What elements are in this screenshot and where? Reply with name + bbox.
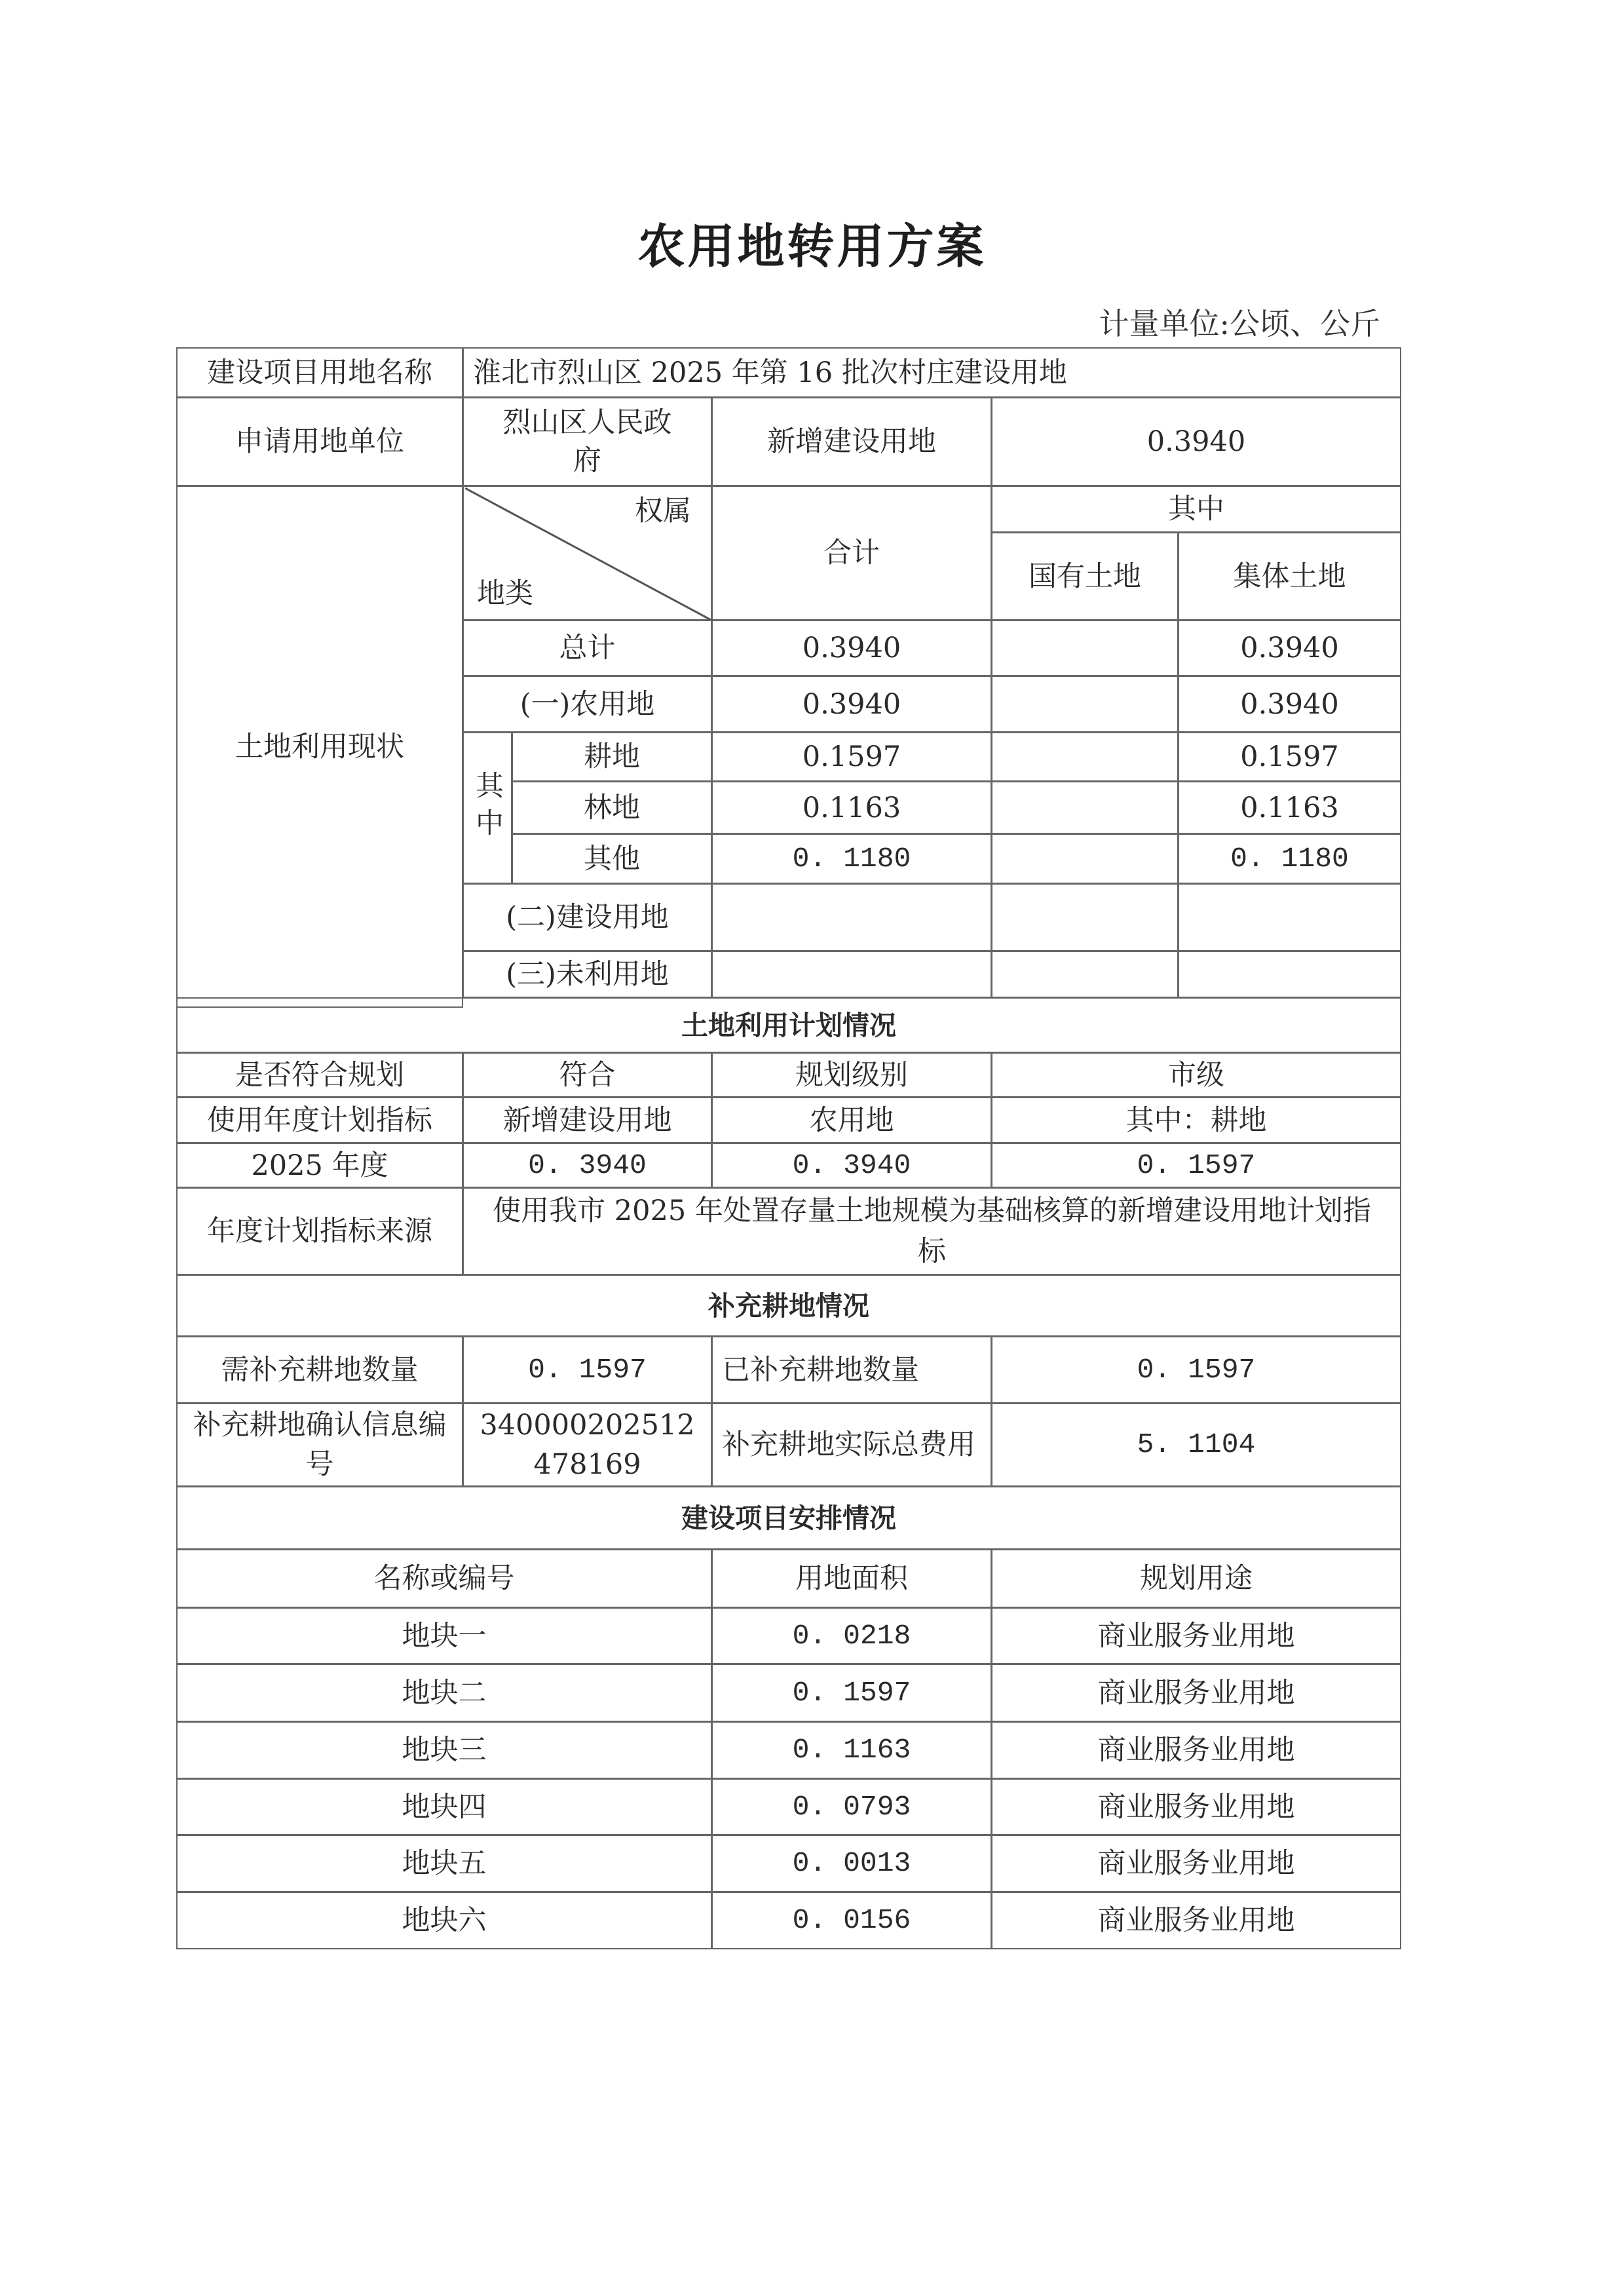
parcel-name: 地块四	[176, 1778, 712, 1835]
parcel-area: 0. 0013	[711, 1835, 992, 1892]
total-collective: 0.3940	[1178, 620, 1401, 676]
cultivated-collective: 0.1597	[1178, 732, 1401, 782]
construction-collective	[1178, 883, 1401, 951]
forest-state	[991, 781, 1179, 834]
parcel-use: 商业服务业用地	[991, 1835, 1401, 1892]
row-label-other: 其他	[512, 833, 712, 884]
parcel-use: 商业服务业用地	[991, 1664, 1401, 1722]
total-col-header: 合计	[711, 486, 992, 621]
cultivated-state	[991, 732, 1179, 782]
new-construction-label: 新增建设用地	[711, 397, 992, 486]
indicator-col-cultivated: 其中：耕地	[991, 1097, 1401, 1143]
total-sum: 0.3940	[711, 620, 992, 676]
other-state	[991, 833, 1179, 884]
done-label: 已补充耕地数量	[711, 1336, 992, 1404]
other-sum: 0. 1180	[711, 833, 992, 884]
row-label-agricultural: (一)农用地	[463, 676, 712, 733]
parcel-use: 商业服务业用地	[991, 1607, 1401, 1664]
diag-top-label: 权属	[635, 491, 691, 531]
arrangement-header-area: 用地面积	[711, 1549, 992, 1608]
level-value: 市级	[991, 1052, 1401, 1098]
collective-header: 集体土地	[1178, 532, 1401, 621]
state-owned-header: 国有土地	[991, 532, 1179, 621]
arrangement-section-header: 建设项目安排情况	[176, 1486, 1401, 1550]
sub-of-which-text: 其中	[469, 771, 506, 845]
row-label-cultivated: 耕地	[512, 732, 712, 782]
arrangement-header-name: 名称或编号	[176, 1549, 712, 1608]
applicant-label: 申请用地单位	[176, 397, 463, 486]
supplement-section-header: 补充耕地情况	[176, 1274, 1401, 1337]
year-value-agricultural: 0. 3940	[711, 1143, 992, 1188]
confirm-id-value: 340000202512478169	[463, 1403, 712, 1487]
row-label-unused: (三)未利用地	[463, 951, 712, 998]
page-title: 农用地转用方案	[0, 208, 1624, 277]
required-label: 需补充耕地数量	[176, 1336, 463, 1404]
level-label: 规划级别	[711, 1052, 992, 1098]
indicator-col-new-construction: 新增建设用地	[463, 1097, 712, 1143]
land-status-label: 土地利用现状	[176, 486, 463, 1008]
parcel-use: 商业服务业用地	[991, 1892, 1401, 1949]
parcel-area: 0. 0156	[711, 1892, 992, 1949]
parcel-name: 地块五	[176, 1835, 712, 1892]
done-value: 0. 1597	[991, 1336, 1401, 1404]
applicant-value: 烈山区人民政府	[463, 397, 712, 486]
arrangement-header-use: 规划用途	[991, 1549, 1401, 1608]
unit-label: 计量单位:公顷、公斤	[1099, 300, 1381, 343]
project-name-value: 淮北市烈山区 2025 年第 16 批次村庄建设用地	[463, 347, 1401, 398]
diagonal-header-cell: 权属 地类	[463, 486, 712, 621]
row-label-forest: 林地	[512, 781, 712, 834]
unused-collective	[1178, 951, 1401, 998]
forest-sum: 0.1163	[711, 781, 992, 834]
row-label-total: 总计	[463, 620, 712, 676]
conform-value: 符合	[463, 1052, 712, 1098]
construction-state	[991, 883, 1179, 951]
indicator-col-agricultural: 农用地	[711, 1097, 992, 1143]
total-state	[991, 620, 1179, 676]
conform-label: 是否符合规划	[176, 1052, 463, 1098]
unused-state	[991, 951, 1179, 998]
year-value-cultivated: 0. 1597	[991, 1143, 1401, 1188]
parcel-name: 地块六	[176, 1892, 712, 1949]
parcel-area: 0. 0793	[711, 1778, 992, 1835]
agricultural-collective: 0.3940	[1178, 676, 1401, 733]
agricultural-state	[991, 676, 1179, 733]
parcel-name: 地块三	[176, 1721, 712, 1779]
parcel-name: 地块二	[176, 1664, 712, 1722]
indicator-label: 使用年度计划指标	[176, 1097, 463, 1143]
parcel-use: 商业服务业用地	[991, 1778, 1401, 1835]
cultivated-sum: 0.1597	[711, 732, 992, 782]
parcel-area: 0. 1163	[711, 1721, 992, 1779]
of-which-header: 其中	[991, 486, 1401, 533]
other-collective: 0. 1180	[1178, 833, 1401, 884]
forest-collective: 0.1163	[1178, 781, 1401, 834]
parcel-use: 商业服务业用地	[991, 1721, 1401, 1779]
sub-of-which-label: 其中	[463, 732, 512, 884]
new-construction-value: 0.3940	[991, 397, 1401, 486]
unused-sum	[711, 951, 992, 998]
project-name-label: 建设项目用地名称	[176, 347, 463, 398]
year-label: 2025 年度	[176, 1143, 463, 1188]
source-value: 使用我市 2025 年处置存量土地规模为基础核算的新增建设用地计划指标	[463, 1187, 1401, 1275]
row-label-construction: (二)建设用地	[463, 883, 712, 951]
required-value: 0. 1597	[463, 1336, 712, 1404]
plan-section-header: 土地利用计划情况	[176, 997, 1401, 1053]
parcel-name: 地块一	[176, 1607, 712, 1664]
agricultural-sum: 0.3940	[711, 676, 992, 733]
cost-value: 5. 1104	[991, 1403, 1401, 1487]
diag-bottom-label: 地类	[477, 573, 533, 614]
construction-sum	[711, 883, 992, 951]
source-label: 年度计划指标来源	[176, 1187, 463, 1275]
parcel-area: 0. 1597	[711, 1664, 992, 1722]
parcel-area: 0. 0218	[711, 1607, 992, 1664]
year-value-new-construction: 0. 3940	[463, 1143, 712, 1188]
cost-label: 补充耕地实际总费用	[711, 1403, 992, 1487]
confirm-id-label: 补充耕地确认信息编号	[176, 1403, 463, 1487]
